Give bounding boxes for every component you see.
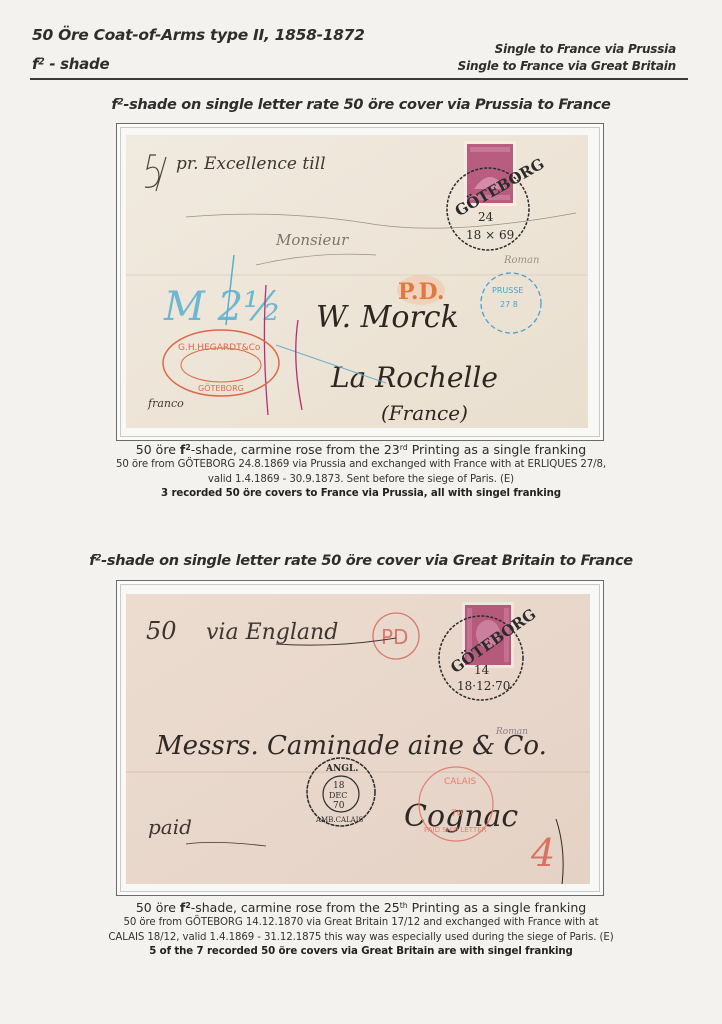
cover-image-prussia: GÖTEBORG 24 18 × 69 pr. Excellence till … xyxy=(126,135,588,428)
section-title-great-britain: f2-shade on single letter rate 50 öre co… xyxy=(0,553,722,569)
svg-text:franco: franco xyxy=(147,397,184,410)
svg-text:Messrs. Caminade aine & Co.: Messrs. Caminade aine & Co. xyxy=(155,731,547,761)
svg-text:CALAIS: CALAIS xyxy=(444,777,476,787)
svg-text:via England: via England xyxy=(206,620,338,645)
svg-text:18: 18 xyxy=(333,781,345,791)
title-rest: -shade on single letter rate 50 öre cove… xyxy=(123,97,610,113)
svg-text:PRUSSE: PRUSSE xyxy=(492,286,523,295)
route-prussia: Single to France via Prussia xyxy=(458,41,676,58)
svg-text:Roman: Roman xyxy=(495,727,528,737)
page-subtitle: f2 - shade xyxy=(32,55,365,73)
cover-gb-art: GÖTEBORG 14 18·12·70 PD 50 via England M… xyxy=(126,594,590,884)
svg-text:24: 24 xyxy=(478,210,494,224)
svg-text:70: 70 xyxy=(451,809,463,819)
svg-text:PD: PD xyxy=(381,625,408,649)
svg-text:27 8: 27 8 xyxy=(500,300,518,309)
title-rest: -shade on single letter rate 50 öre cove… xyxy=(101,553,633,569)
page-title: 50 Öre Coat-of-Arms type II, 1858-1872 xyxy=(32,26,365,44)
caption-desc-line: 50 öre from GÖTEBORG 24.8.1869 via Pruss… xyxy=(0,458,722,473)
caption-main: 50 öre f2-shade, carmine rose from the 2… xyxy=(0,899,722,916)
svg-text:DEC: DEC xyxy=(329,791,347,800)
cap-ordinal: th xyxy=(400,901,408,910)
svg-text:18·12·70: 18·12·70 xyxy=(457,679,510,693)
svg-text:La Rochelle: La Rochelle xyxy=(330,361,498,394)
svg-text:P.D.: P.D. xyxy=(398,279,445,305)
subtitle-rest: - shade xyxy=(44,55,109,73)
cap-rest: Printing as a single franking xyxy=(408,900,586,915)
svg-text:GÖTEBORG: GÖTEBORG xyxy=(198,383,244,393)
cap-rest: Printing as a single franking xyxy=(408,442,586,457)
svg-text:Monsieur: Monsieur xyxy=(275,231,349,249)
cap-ordinal: rd xyxy=(400,443,408,452)
svg-text:ANGL.: ANGL. xyxy=(325,764,358,774)
svg-text:AMB.CALAIS: AMB.CALAIS xyxy=(315,816,363,824)
svg-text:W. Morck: W. Morck xyxy=(316,300,459,335)
svg-text:14: 14 xyxy=(474,663,490,677)
caption-great-britain: 50 öre f2-shade, carmine rose from the 2… xyxy=(0,899,722,960)
cap-mid: -shade, carmine rose from the 23 xyxy=(191,442,400,457)
cap-prefix: 50 öre xyxy=(136,442,180,457)
cover-prussia-art: GÖTEBORG 24 18 × 69 pr. Excellence till … xyxy=(126,135,588,428)
svg-text:70: 70 xyxy=(333,801,345,811)
svg-text:Roman: Roman xyxy=(503,255,539,266)
cap-mid: -shade, carmine rose from the 25 xyxy=(191,900,400,915)
svg-text:50: 50 xyxy=(146,617,177,645)
header-divider xyxy=(30,78,688,80)
svg-text:pr. Excellence till: pr. Excellence till xyxy=(176,154,326,174)
pd-handstamp-icon: P.D. xyxy=(397,275,445,305)
caption-main: 50 öre f2-shade, carmine rose from the 2… xyxy=(0,441,722,458)
caption-census: 5 of the 7 recorded 50 öre covers via Gr… xyxy=(0,945,722,960)
caption-prussia: 50 öre f2-shade, carmine rose from the 2… xyxy=(0,441,722,502)
route-great-britain: Single to France via Great Britain xyxy=(458,58,676,75)
caption-desc-line: valid 1.4.1869 - 30.9.1873. Sent before … xyxy=(0,473,722,488)
svg-text:paid: paid xyxy=(148,815,192,839)
svg-text:18 × 69: 18 × 69 xyxy=(466,228,514,242)
svg-text:(France): (France) xyxy=(381,401,468,425)
caption-desc-line: CALAIS 18/12, valid 1.4.1869 - 31.12.187… xyxy=(0,931,722,946)
svg-text:G.H.HEGARDT&Co: G.H.HEGARDT&Co xyxy=(178,343,261,353)
caption-census: 3 recorded 50 öre covers to France via P… xyxy=(0,487,722,502)
header-routes: Single to France via Prussia Single to F… xyxy=(458,41,676,75)
caption-desc-line: 50 öre from GÖTEBORG 14.12.1870 via Grea… xyxy=(0,916,722,931)
svg-text:PAID SHIP LETTER: PAID SHIP LETTER xyxy=(424,826,487,834)
svg-text:4: 4 xyxy=(530,831,555,875)
cover-image-great-britain: GÖTEBORG 14 18·12·70 PD 50 via England M… xyxy=(126,594,590,884)
cap-prefix: 50 öre xyxy=(136,900,180,915)
section-title-prussia: f2-shade on single letter rate 50 öre co… xyxy=(0,97,722,113)
page-header: 50 Öre Coat-of-Arms type II, 1858-1872 f… xyxy=(32,26,365,73)
